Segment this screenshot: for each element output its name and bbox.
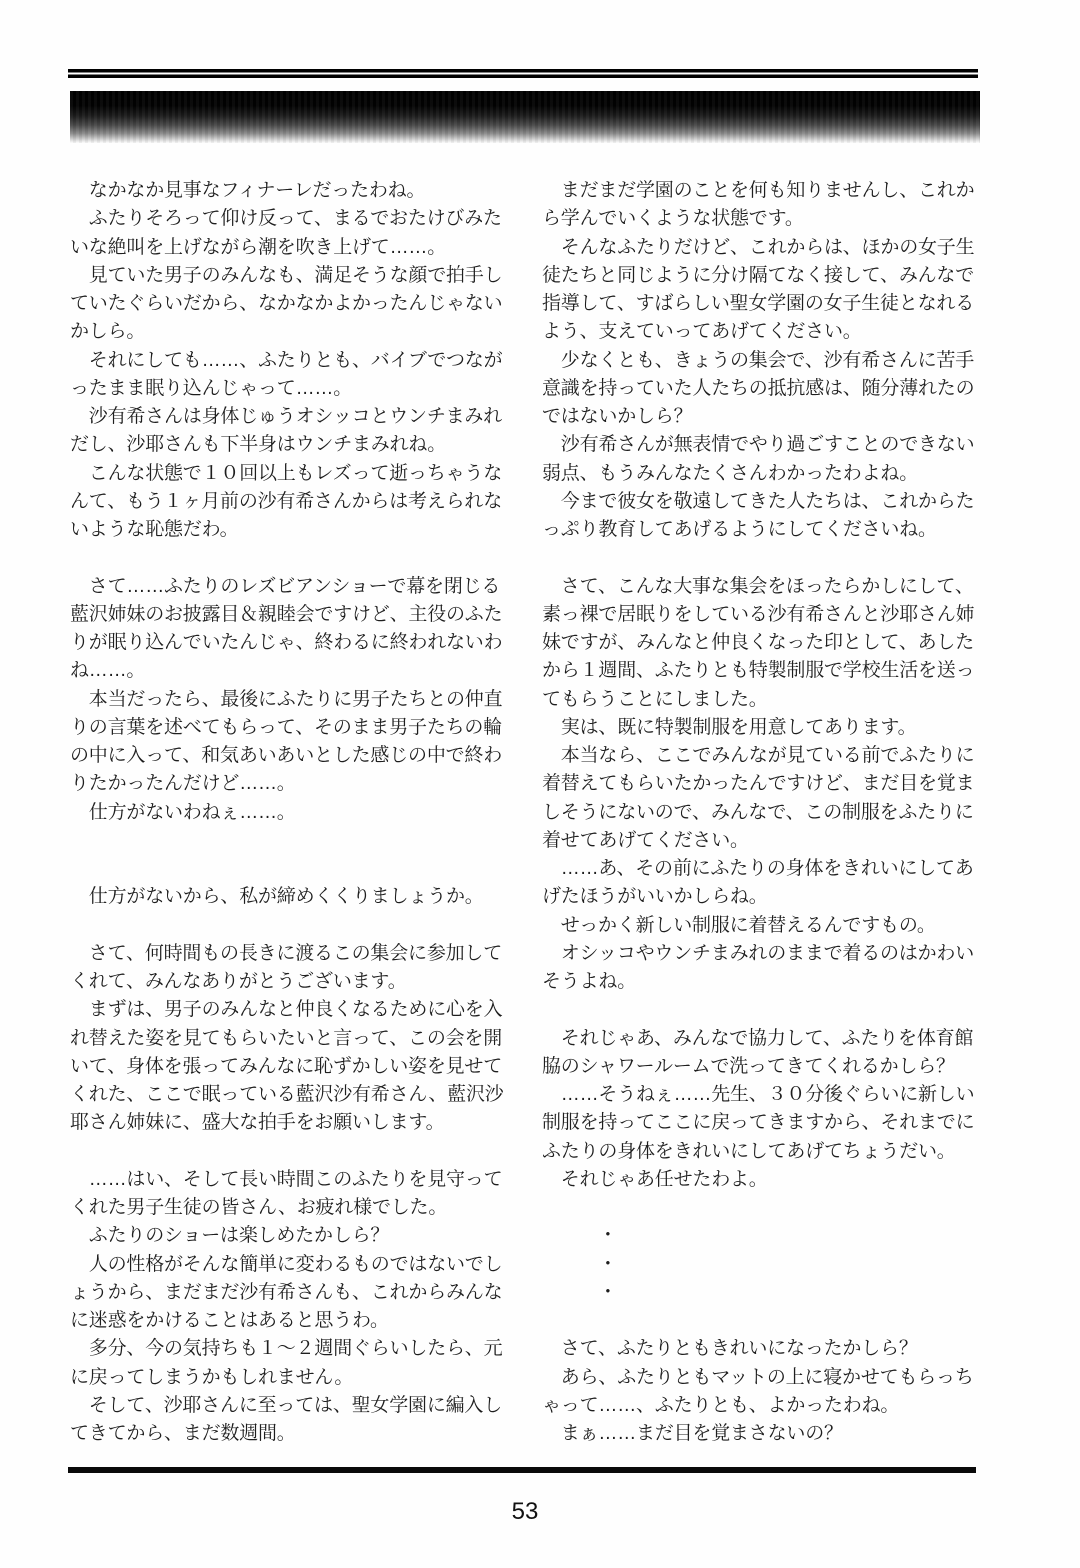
text-line: そうよね。: [542, 968, 990, 996]
text-line: 脇のシャワールームで洗ってきてくれるかしら？: [542, 1053, 990, 1081]
text-column-right: まだまだ学園のことを何も知りませんし、これから学んでいくような状態です。 そんな…: [542, 177, 990, 1448]
text-line: ね……。: [70, 657, 518, 685]
text-line: っぷり教育してあげるようにしてくださいね。: [542, 516, 990, 544]
text-line: ふたりそろって仰け反って、まるでおたけびみた: [70, 205, 518, 233]
page-number: 53: [70, 1498, 980, 1526]
text-line: さて、ふたりともきれいになったかしら？: [542, 1335, 990, 1363]
text-line: いような恥態だわ。: [70, 516, 518, 544]
text-line: 徒たちと同じように分け隔てなく接して、みんなで: [542, 262, 990, 290]
document-page: なかなか見事なフィナーレだったわね。 ふたりそろって仰け反って、まるでおたけびみ…: [0, 0, 1080, 1568]
text-line: りが眠り込んでいたんじゃ、終わるに終われないわ: [70, 629, 518, 657]
text-line: 沙有希さんは身体じゅうオシッコとウンチまみれ: [70, 403, 518, 431]
text-line: [542, 1307, 990, 1335]
text-line: てきてから、まだ数週間。: [70, 1420, 518, 1448]
text-line: 今まで彼女を敬遠してきた人たちは、これからた: [542, 488, 990, 516]
text-line: 実は、既に特製制服を用意してあります。: [542, 714, 990, 742]
text-line: くれた男子生徒の皆さん、お疲れ様でした。: [70, 1194, 518, 1222]
text-line: りたかったんだけど……。: [70, 770, 518, 798]
text-line: しそうにないので、みんなで、この制服をふたりに: [542, 799, 990, 827]
text-line: ふたりのショーは楽しめたかしら？: [70, 1222, 518, 1250]
text-line: くれて、みんなありがとうございます。: [70, 968, 518, 996]
text-column-left: なかなか見事なフィナーレだったわね。 ふたりそろって仰け反って、まるでおたけびみ…: [70, 177, 518, 1448]
text-line: 本当なら、ここでみんなが見ている前でふたりに: [542, 742, 990, 770]
text-line: こんな状態で１０回以上もレズって逝っちゃうな: [70, 460, 518, 488]
text-line: [542, 544, 990, 572]
text-line: [70, 544, 518, 572]
text-line: 少なくとも、きょうの集会で、沙有希さんに苦手: [542, 347, 990, 375]
text-line: まぁ……まだ目を覚まさないの？: [542, 1420, 990, 1448]
text-line: いな絶叫を上げながら潮を吹き上げて……。: [70, 234, 518, 262]
text-line: ゃって……、ふたりとも、よかったわね。: [542, 1392, 990, 1420]
text-line: ・: [542, 1279, 990, 1307]
text-line: それにしても……、ふたりとも、バイブでつなが: [70, 347, 518, 375]
text-line: 指導して、すばらしい聖女学園の女子生徒となれる: [542, 290, 990, 318]
text-line: そして、沙耶さんに至っては、聖女学園に編入し: [70, 1392, 518, 1420]
text-line: に迷惑をかけることはあると思うわ。: [70, 1307, 518, 1335]
text-line: ・: [542, 1222, 990, 1250]
text-line: れ替えた姿を見てもらいたいと言って、この会を開: [70, 1025, 518, 1053]
text-line: 見ていた男子のみんなも、満足そうな顔で拍手し: [70, 262, 518, 290]
text-line: [70, 912, 518, 940]
text-line: ・: [542, 1251, 990, 1279]
text-line: 着せてあげてください。: [542, 827, 990, 855]
text-line: ではないかしら？: [542, 403, 990, 431]
text-line: それじゃあ、みんなで協力して、ふたりを体育館: [542, 1025, 990, 1053]
text-line: 意識を持っていた人たちの抵抗感は、随分薄れたの: [542, 375, 990, 403]
text-line: ったまま眠り込んじゃって……。: [70, 375, 518, 403]
text-line: そんなふたりだけど、これからは、ほかの女子生: [542, 234, 990, 262]
text-line: 仕方がないわねぇ……。: [70, 799, 518, 827]
text-line: 藍沢姉妹のお披露目＆親睦会ですけど、主役のふた: [70, 601, 518, 629]
text-line: さて……ふたりのレズビアンショーで幕を閉じる: [70, 573, 518, 601]
text-line: 仕方がないから、私が締めくくりましょうか。: [70, 883, 518, 911]
text-line: 沙有希さんが無表情でやり過ごすことのできない: [542, 431, 990, 459]
text-line: 本当だったら、最後にふたりに男子たちとの仲直: [70, 686, 518, 714]
text-line: 多分、今の気持ちも１～２週間ぐらいしたら、元: [70, 1335, 518, 1363]
header-gradient-bar: [70, 91, 980, 143]
text-line: から１週間、ふたりとも特製制服で学校生活を送っ: [542, 657, 990, 685]
text-line: 妹ですが、みんなと仲良くなった印として、あした: [542, 629, 990, 657]
text-line: てもらうことにしました。: [542, 686, 990, 714]
header-double-rule: [68, 69, 978, 78]
text-line: げたほうがいいかしらね。: [542, 883, 990, 911]
text-line: オシッコやウンチまみれのままで着るのはかわい: [542, 940, 990, 968]
text-line: ……はい、そして長い時間このふたりを見守って: [70, 1166, 518, 1194]
text-line: だし、沙耶さんも下半身はウンチまみれね。: [70, 431, 518, 459]
text-line: いて、身体を張ってみんなに恥ずかしい姿を見せて: [70, 1053, 518, 1081]
text-line: くれた、ここで眠っている藍沢沙有希さん、藍沢沙: [70, 1081, 518, 1109]
text-line: よう、支えていってあげてください。: [542, 318, 990, 346]
text-line: [70, 855, 518, 883]
text-line: の中に入って、和気あいあいとした感じの中で終わ: [70, 742, 518, 770]
text-line: 制服を持ってここに戻ってきますから、それまでに: [542, 1109, 990, 1137]
text-line: ら学んでいくような状態です。: [542, 205, 990, 233]
text-line: [542, 1194, 990, 1222]
text-line: せっかく新しい制服に着替えるんですもの。: [542, 912, 990, 940]
text-line: ょうから、まだまだ沙有希さんも、これからみんな: [70, 1279, 518, 1307]
text-line: に戻ってしまうかもしれません。: [70, 1364, 518, 1392]
text-line: それじゃあ任せたわよ。: [542, 1166, 990, 1194]
text-line: ていたぐらいだから、なかなかよかったんじゃない: [70, 290, 518, 318]
text-line: あら、ふたりともマットの上に寝かせてもらっち: [542, 1364, 990, 1392]
text-line: さて、こんな大事な集会をほったらかしにして、: [542, 573, 990, 601]
text-line: まずは、男子のみんなと仲良くなるために心を入: [70, 996, 518, 1024]
text-line: 着替えてもらいたかったんですけど、まだ目を覚ま: [542, 770, 990, 798]
text-line: んて、もう１ヶ月前の沙有希さんからは考えられな: [70, 488, 518, 516]
text-line: なかなか見事なフィナーレだったわね。: [70, 177, 518, 205]
text-line: 耶さん姉妹に、盛大な拍手をお願いします。: [70, 1109, 518, 1137]
text-line: ……あ、その前にふたりの身体をきれいにしてあ: [542, 855, 990, 883]
text-line: まだまだ学園のことを何も知りませんし、これか: [542, 177, 990, 205]
text-line: かしら。: [70, 318, 518, 346]
text-line: さて、何時間もの長きに渡るこの集会に参加して: [70, 940, 518, 968]
text-line: [70, 827, 518, 855]
text-line: [70, 1138, 518, 1166]
text-line: 弱点、もうみんなたくさんわかったわよね。: [542, 460, 990, 488]
text-line: りの言葉を述べてもらって、そのまま男子たちの輪: [70, 714, 518, 742]
text-line: ……そうねぇ……先生、３０分後ぐらいに新しい: [542, 1081, 990, 1109]
text-line: ふたりの身体をきれいにしてあげてちょうだい。: [542, 1138, 990, 1166]
text-line: 素っ裸で居眠りをしている沙有希さんと沙耶さん姉: [542, 601, 990, 629]
text-line: [542, 996, 990, 1024]
text-line: 人の性格がそんな簡単に変わるものではないでし: [70, 1251, 518, 1279]
footer-rule: [68, 1467, 976, 1473]
